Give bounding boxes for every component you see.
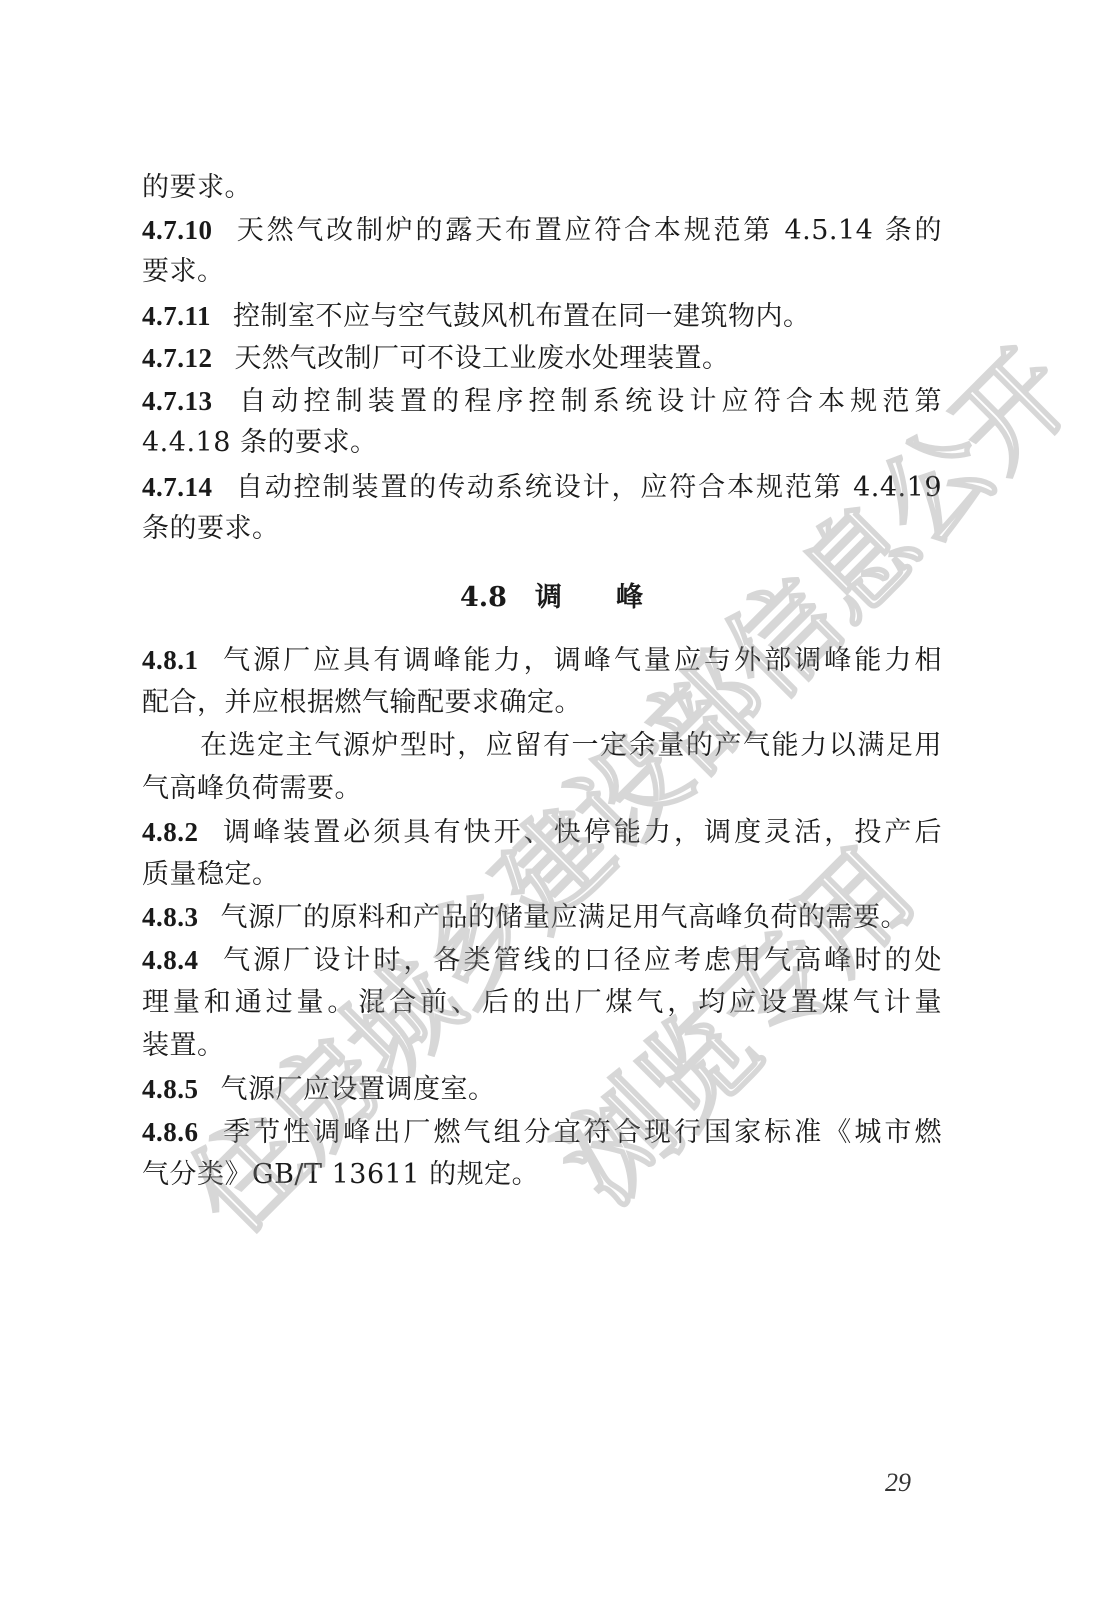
clause-4-7-13: 4.7.13自动控制装置的程序控制系统设计应符合本规范第 [142, 381, 942, 422]
clause-4-8-3: 4.8.3气源厂的原料和产品的储量应满足用气高峰负荷的需要。 [142, 897, 942, 938]
clause-text: 调峰装置必须具有快开、快停能力，调度灵活，投产后 [221, 817, 943, 848]
clause-text-cont: 理量和通过量。混合前、后的出厂煤气，均应设置煤气计量 [142, 983, 942, 1023]
clause-number: 4.8.4 [142, 940, 199, 980]
clause-number: 4.8.1 [142, 640, 199, 680]
clause-text-cont: 4.4.18 条的要求。 [142, 423, 942, 463]
clause-text: 天然气改制炉的露天布置应符合本规范第 4.5.14 条的 [235, 215, 943, 246]
clause-number: 4.7.12 [142, 338, 213, 378]
clause-4-8-4: 4.8.4气源厂设计时，各类管线的口径应考虑用气高峰时的处 [142, 940, 942, 981]
clause-4-7-11: 4.7.11控制室不应与空气鼓风机布置在同一建筑物内。 [142, 296, 942, 337]
page-number: 29 [885, 1468, 911, 1498]
clause-number: 4.7.10 [142, 210, 213, 250]
clause-text: 季节性调峰出厂燃气组分宜符合现行国家标准《城市燃 [221, 1117, 943, 1148]
section-title-1: 调 [535, 582, 562, 613]
clause-text-cont: 气分类》GB/T 13611 的规定。 [142, 1155, 942, 1195]
clause-4-8-1: 4.8.1气源厂应具有调峰能力，调峰气量应与外部调峰能力相 [142, 640, 942, 681]
clause-text: 气源厂的原料和产品的储量应满足用气高峰负荷的需要。 [221, 902, 909, 933]
clause-4-7-12: 4.7.12天然气改制厂可不设工业废水处理装置。 [142, 338, 942, 379]
section-title-2: 峰 [616, 582, 643, 613]
clause-4-8-6: 4.8.6季节性调峰出厂燃气组分宜符合现行国家标准《城市燃 [142, 1112, 942, 1153]
clause-text: 气源厂设计时，各类管线的口径应考虑用气高峰时的处 [221, 945, 943, 976]
clause-number: 4.8.3 [142, 897, 199, 937]
clause-number: 4.8.6 [142, 1112, 199, 1152]
clause-4-8-2: 4.8.2调峰装置必须具有快开、快停能力，调度灵活，投产后 [142, 812, 942, 853]
clause-4-8-5: 4.8.5气源厂应设置调度室。 [142, 1069, 942, 1110]
clause-number: 4.8.2 [142, 812, 199, 852]
clause-4-7-14: 4.7.14自动控制装置的传动系统设计，应符合本规范第 4.4.19 [142, 467, 942, 508]
section-heading: 4.8调峰 [0, 578, 1103, 618]
clause-text: 气源厂应设置调度室。 [221, 1074, 496, 1105]
clause-number: 4.7.11 [142, 296, 211, 336]
section-number: 4.8 [460, 582, 507, 613]
paragraph: 在选定主气源炉型时，应留有一定余量的产气能力以满足用 [142, 726, 942, 766]
clause-text: 自动控制装置的传动系统设计，应符合本规范第 4.4.19 [235, 472, 943, 503]
clause-number: 4.7.13 [142, 381, 213, 421]
clause-text: 控制室不应与空气鼓风机布置在同一建筑物内。 [233, 301, 811, 332]
clause-number: 4.7.14 [142, 467, 213, 507]
continuation-text: 的要求。 [142, 168, 942, 208]
clause-text-cont: 要求。 [142, 252, 942, 292]
clause-text: 气源厂应具有调峰能力，调峰气量应与外部调峰能力相 [221, 645, 943, 676]
clause-text-cont: 配合，并应根据燃气输配要求确定。 [142, 683, 942, 723]
clause-text-cont: 条的要求。 [142, 509, 942, 549]
clause-text-cont: 质量稳定。 [142, 855, 942, 895]
clause-text-cont: 装置。 [142, 1026, 942, 1066]
clause-number: 4.8.5 [142, 1069, 199, 1109]
clause-text: 自动控制装置的程序控制系统设计应符合本规范第 [235, 386, 943, 417]
paragraph-cont: 气高峰负荷需要。 [142, 769, 942, 809]
clause-text: 天然气改制厂可不设工业废水处理装置。 [235, 343, 730, 374]
document-page: 的要求。 4.7.10天然气改制炉的露天布置应符合本规范第 4.5.14 条的 … [0, 0, 1103, 1598]
clause-4-7-10: 4.7.10天然气改制炉的露天布置应符合本规范第 4.5.14 条的 [142, 210, 942, 251]
